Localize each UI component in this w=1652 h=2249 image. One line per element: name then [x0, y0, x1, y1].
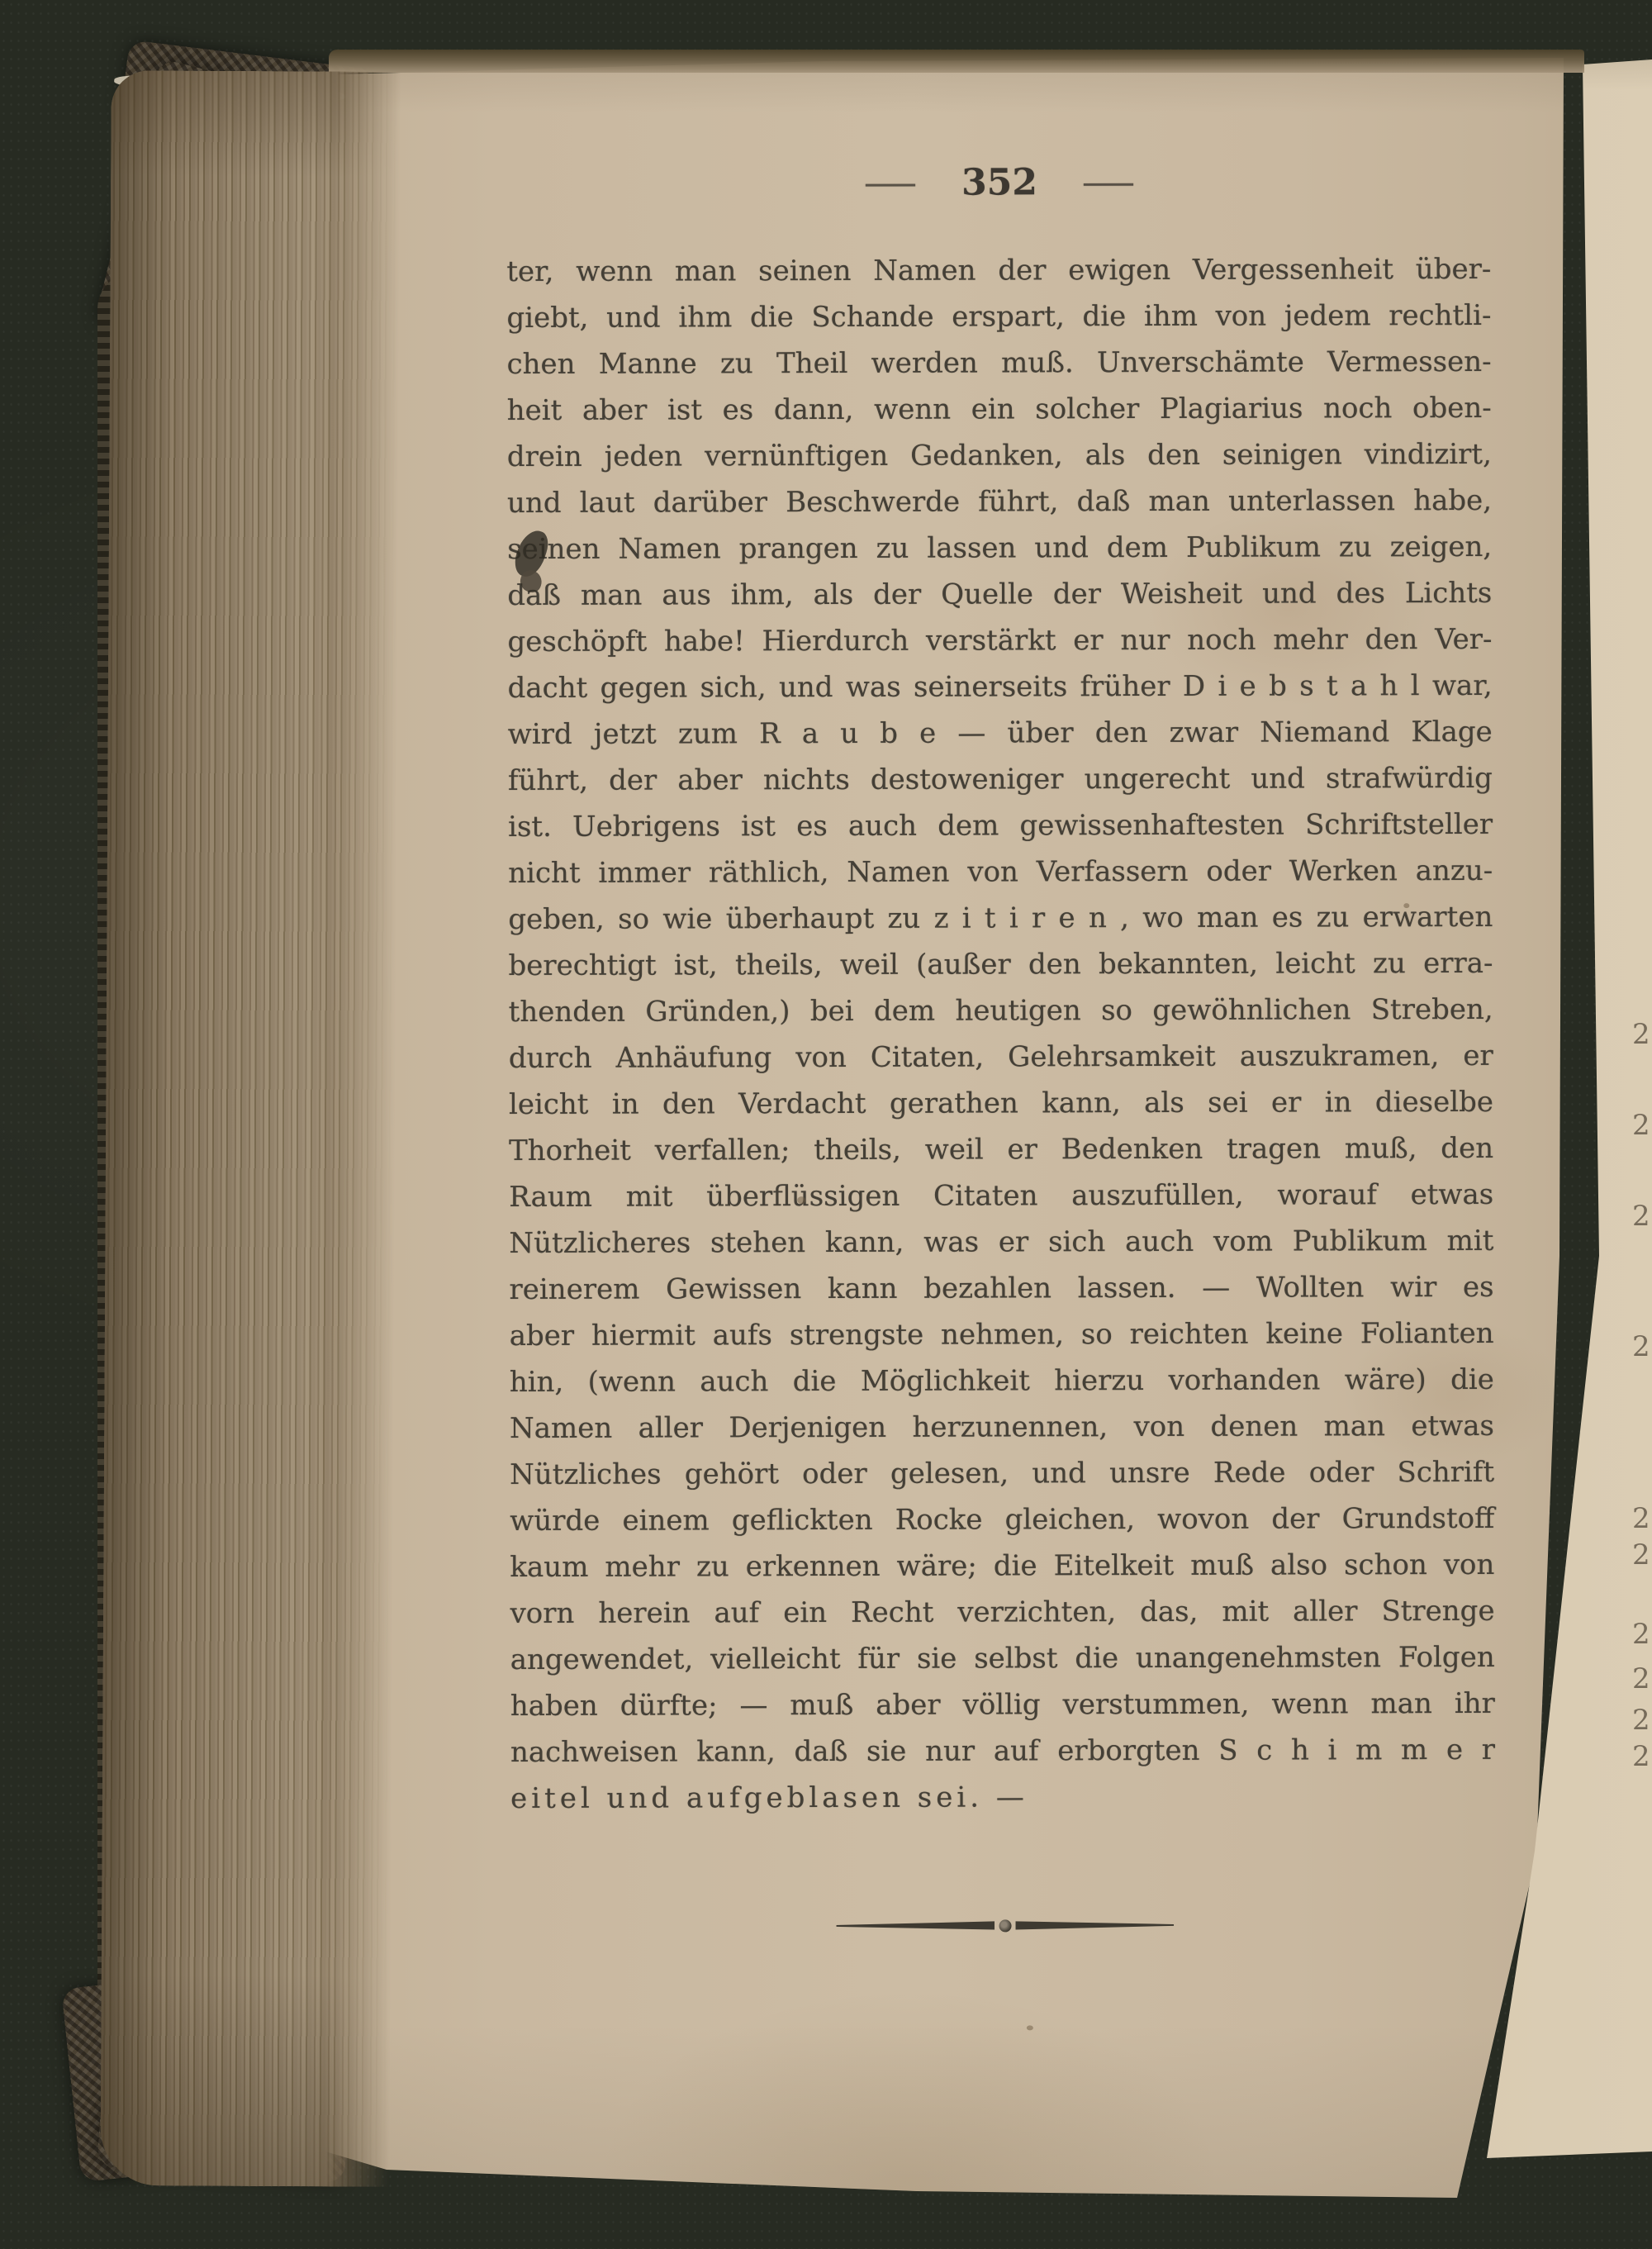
text-line: Raum mit überflüssigen Citaten auszufüll… — [509, 1172, 1493, 1220]
text-line: kaum mehr zu erkennen wäre; die Eitelkei… — [510, 1542, 1494, 1590]
text-line: nachweisen kann, daß sie nur auf erborgt… — [510, 1727, 1495, 1776]
text-line: aber hiermit aufs strengste nehmen, so r… — [510, 1310, 1494, 1359]
text-line: angewendet, vielleicht für sie selbst di… — [510, 1634, 1495, 1683]
page-content: — 352 — ter, wenn man seinen Namen der e… — [0, 0, 1652, 2249]
text-line: leicht in den Verdacht gerathen kann, al… — [509, 1079, 1493, 1128]
text-line: reinerem Gewissen kann bezahlen lassen. … — [509, 1264, 1493, 1313]
divider-dot — [999, 1919, 1011, 1932]
page-number-dash-right: — — [1081, 161, 1136, 203]
text-line: wird jetzt zum R a u b e — über den zwar… — [508, 709, 1493, 758]
text-line: drein jeden vernünftigen Gedanken, als d… — [507, 431, 1492, 480]
text-line: durch Anhäufung von Citaten, Gelehrsamke… — [509, 1033, 1493, 1082]
text-line: würde einem geflickten Rocke gleichen, w… — [510, 1495, 1494, 1544]
text-line: heit aber ist es dann, wenn ein solcher … — [507, 385, 1492, 434]
text-line: und laut darüber Beschwerde führt, daß m… — [507, 478, 1492, 526]
text-line: Namen aller Derjenigen herzunennen, von … — [510, 1403, 1494, 1452]
text-line: chen Manne zu Theil werden muß. Unversch… — [507, 339, 1492, 388]
page-number-value: 352 — [961, 161, 1037, 203]
text-line: thenden Gründen,) bei dem heutigen so ge… — [509, 987, 1493, 1035]
text-line: Nützliches gehört oder gelesen, und unsr… — [510, 1449, 1494, 1498]
text-line: daß man aus ihm, als der Quelle der Weis… — [507, 570, 1492, 619]
text-block: ter, wenn man seinen Namen der ewigen Ve… — [506, 246, 1495, 1822]
section-divider — [830, 1914, 1180, 1937]
text-line: ter, wenn man seinen Namen der ewigen Ve… — [506, 246, 1491, 295]
text-line: führt, der aber nichts destoweniger unge… — [508, 755, 1493, 804]
text-line: haben dürfte; — muß aber völlig verstumm… — [510, 1681, 1495, 1729]
text-line: giebt, und ihm die Schande erspart, die … — [506, 292, 1491, 341]
text-line: eitel und aufgeblasen sei. — — [510, 1773, 1495, 1822]
text-line: hin, (wenn auch die Möglichkeit hierzu v… — [510, 1357, 1494, 1405]
paper-speck — [1027, 2025, 1033, 2030]
text-line: dacht gegen sich, und was seinerseits fr… — [508, 663, 1493, 711]
text-line: ist. Uebrigens ist es auch dem gewissenh… — [508, 801, 1493, 850]
text-line: Nützlicheres stehen kann, was er sich au… — [509, 1218, 1493, 1267]
text-line: vorn herein auf ein Recht verzichten, da… — [510, 1588, 1494, 1637]
text-line: geschöpft habe! Hierdurch verstärkt er n… — [507, 616, 1492, 665]
paper-speck — [1403, 903, 1409, 908]
text-line: berechtigt ist, theils, weil (außer den … — [508, 940, 1493, 989]
text-line: geben, so wie überhaupt zu z i t i r e n… — [508, 894, 1493, 943]
text-line: Thorheit verfallen; theils, weil er Bede… — [509, 1125, 1493, 1174]
paper-speck — [797, 1196, 805, 1204]
page-number-dash-left: — — [863, 162, 918, 204]
divider-taper-right — [1015, 1920, 1174, 1931]
page-number: — 352 — — [508, 160, 1491, 205]
text-line: nicht immer räthlich, Namen von Verfasse… — [508, 848, 1493, 896]
text-line: seinen Namen prangen zu lassen und dem P… — [507, 524, 1492, 573]
divider-taper-left — [836, 1920, 995, 1931]
